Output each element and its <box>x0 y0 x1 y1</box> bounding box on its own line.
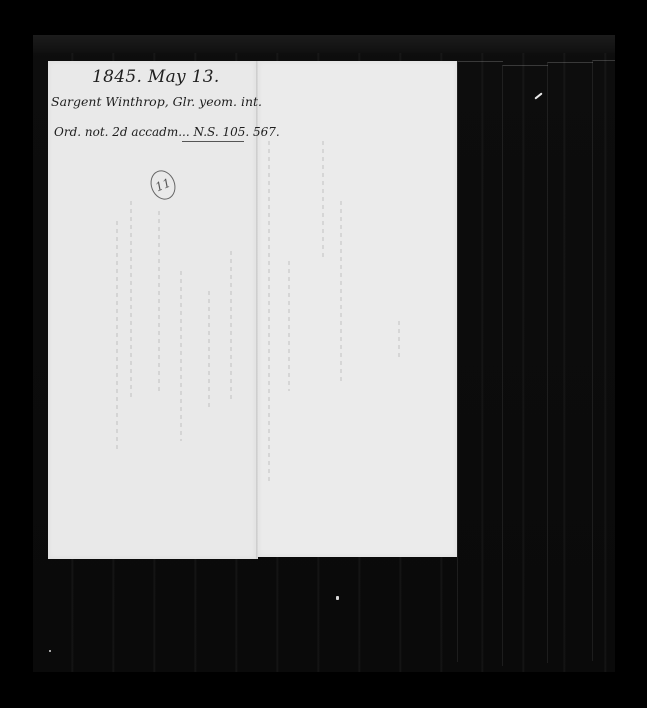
backing-top-edge <box>33 35 615 53</box>
dust-speck <box>336 596 339 600</box>
backing-sheet-edge <box>547 62 593 663</box>
reference-underline <box>182 141 244 142</box>
bleed-through-text <box>322 141 324 261</box>
bleed-through-text <box>180 271 182 441</box>
bleed-through-text <box>288 261 290 391</box>
bleed-through-text <box>130 201 132 401</box>
bleed-through-text <box>230 251 232 401</box>
bleed-through-text <box>398 321 400 361</box>
bleed-through-text <box>340 201 342 381</box>
bleed-through-text <box>208 291 210 411</box>
entry-date: 1845. May 13. <box>92 67 220 87</box>
bleed-through-text <box>116 221 118 451</box>
dust-speck <box>49 650 51 652</box>
entry-reference: Ord. not. 2d accadm... N.S. 105. 567. <box>54 125 280 139</box>
bleed-through-text <box>158 211 160 391</box>
document-right-page <box>258 61 457 557</box>
bleed-through-text <box>268 141 270 481</box>
backing-sheet-edge <box>457 61 503 662</box>
backing-sheet-edge <box>592 60 615 661</box>
entry-name: Sargent Winthrop, Glr. yeom. int. <box>51 94 262 109</box>
backing-sheet-edge <box>502 65 548 666</box>
